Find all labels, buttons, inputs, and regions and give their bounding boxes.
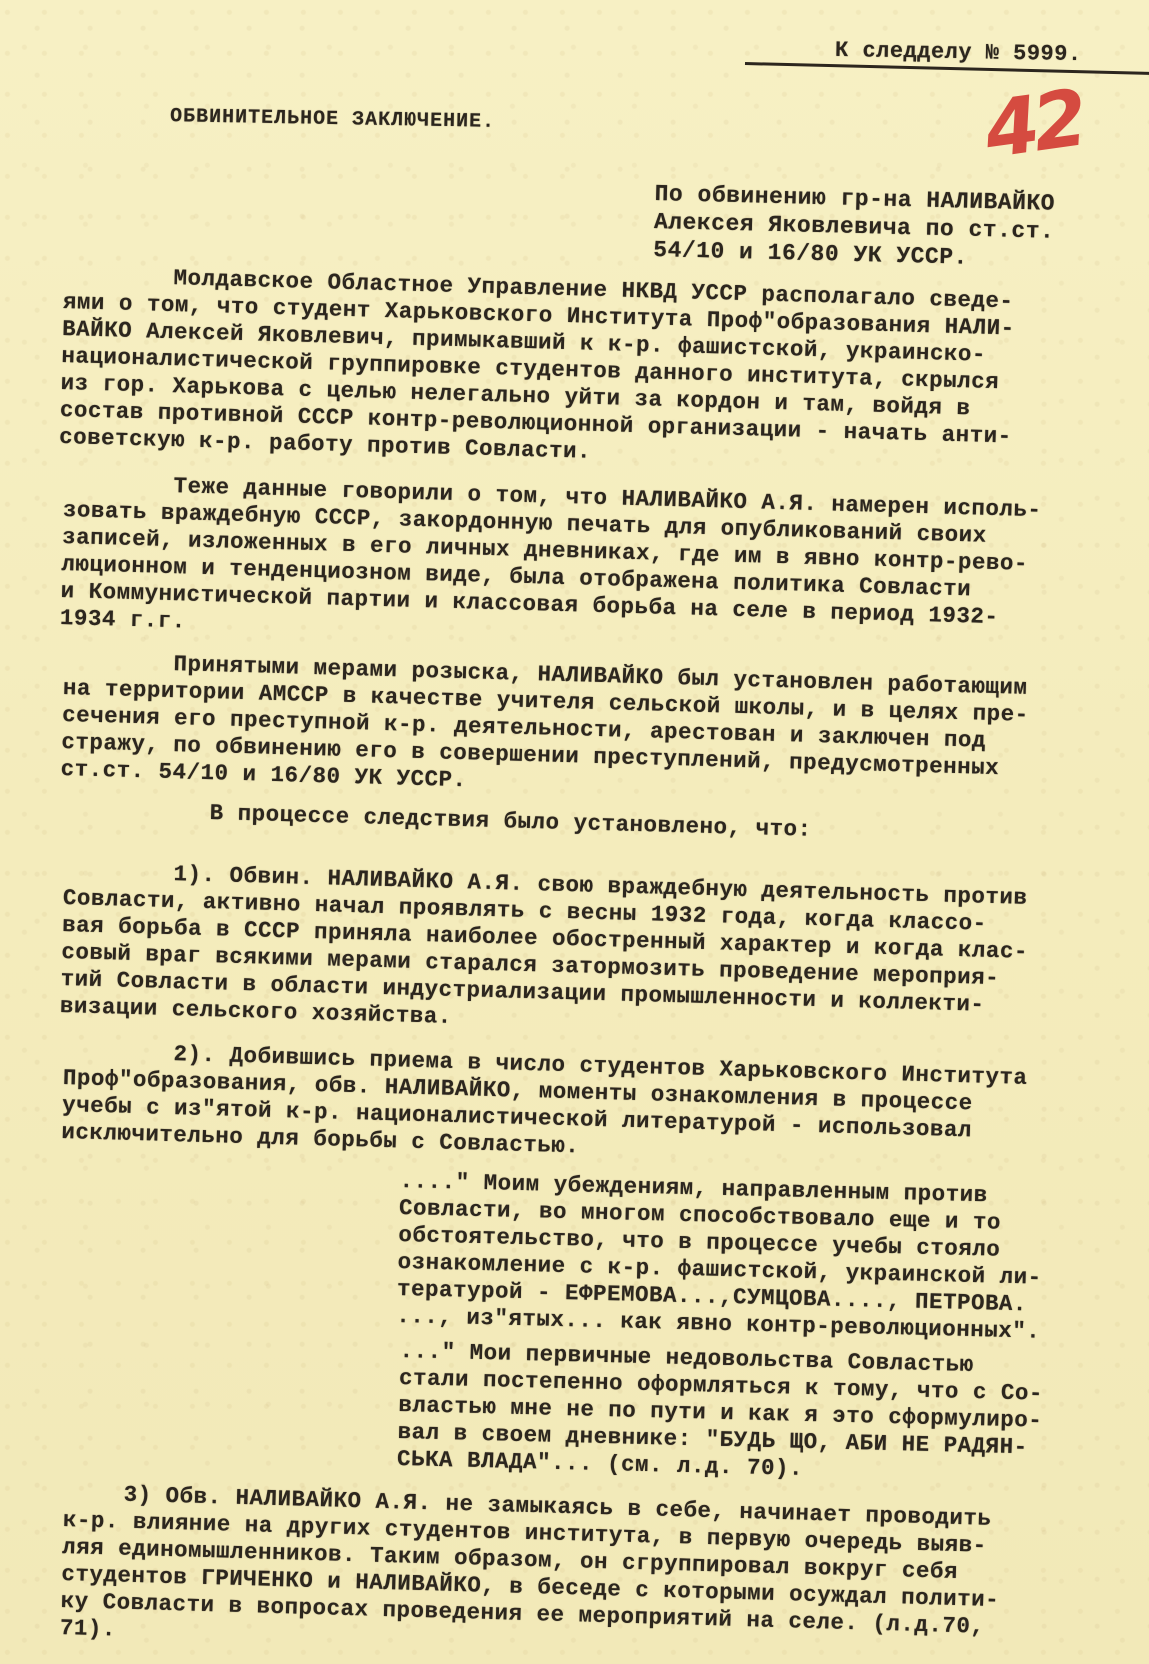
paragraph-publication: Теже данные говорили о том, что НАЛИВАЙК… xyxy=(59,470,1041,659)
findings-heading: В процессе следствия было установлено, ч… xyxy=(209,800,812,844)
document-page: К следделу № 5999. 42 ОБВИНИТЕЛЬНОЕ ЗАКЛ… xyxy=(0,0,1149,1664)
finding-3: 3) Обв. НАЛИВАЙКО А.Я. не замыкаясь в се… xyxy=(59,1480,1001,1664)
finding-2: 2). Добившись приема в число студентов Х… xyxy=(61,1038,1028,1173)
quote-1: ...." Моим убеждениям, направленным прот… xyxy=(396,1168,1044,1346)
case-reference: К следделу № 5999. xyxy=(835,38,1082,67)
document-title: ОБВИНИТЕЛЬНОЕ ЗАКЛЮЧЕНИЕ. xyxy=(170,105,495,134)
paragraph-arrest: Принятыми мерами розыска, НАЛИВАЙКО был … xyxy=(60,648,1030,810)
finding-1: 1). Обвин. НАЛИВАЙКО А.Я. свою враждебну… xyxy=(59,858,1029,1047)
quote-2: ..." Мои первичные недовольства Совласть… xyxy=(397,1338,1044,1489)
handwritten-page-number: 42 xyxy=(979,74,1087,177)
charge-block: По обвинению гр-на НАЛИВАЙКО Алексея Яко… xyxy=(653,180,1055,274)
paragraph-intro: Молдавское Областное Управление НКВД УСС… xyxy=(59,262,1016,478)
